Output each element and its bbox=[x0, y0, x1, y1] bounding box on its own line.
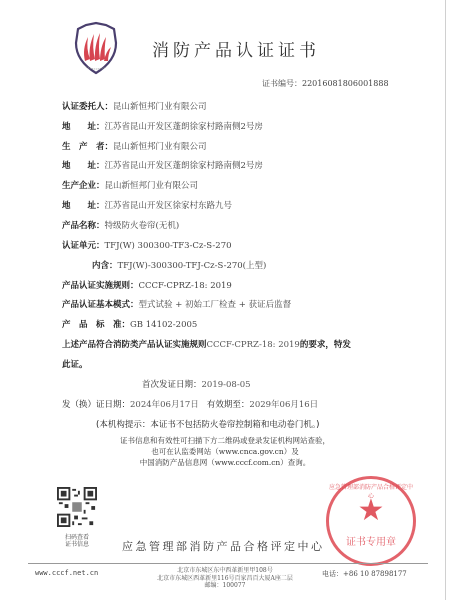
field-label: 地 址： bbox=[62, 159, 105, 171]
fire-shield-logo-icon bbox=[72, 21, 120, 75]
certificate-number: 证书编号：22016081806001888 bbox=[262, 78, 389, 89]
field-applicant: 认证委托人：昆山新恒邦门业有限公司 bbox=[62, 100, 207, 112]
first-issue-value: 2019-08-05 bbox=[202, 380, 251, 390]
field-value: 江苏省昆山开发区蓬朗徐家村路南侧2号房 bbox=[105, 122, 263, 132]
cert-no-value: 22016081806001888 bbox=[302, 79, 389, 88]
statement-rule: CCCF-CPRZ-18: 2019 bbox=[207, 340, 300, 350]
first-issue-label: 首次发证日期： bbox=[142, 380, 202, 390]
field-label: 产品认证实施规则： bbox=[62, 279, 139, 291]
footer-address-line-2: 北京市东城区西革新里116号百家昌百大厦A座二层 bbox=[130, 575, 320, 583]
field-value: 昆山新恒邦门业有限公司 bbox=[113, 142, 207, 152]
conformity-statement: 上述产品符合消防类产品认证实施规则CCCF-CPRZ-18: 2019的要求，特… bbox=[62, 338, 351, 350]
statement-suffix: 的要求，特发 bbox=[300, 340, 351, 350]
page-edge bbox=[445, 0, 446, 600]
field-cert-unit: 认证单元：TFJ(W) 300300-TF3-Cz-S-270 bbox=[62, 239, 232, 251]
field-cert-mode: 产品认证基本模式：型式试验 + 初始工厂检查 + 获证后监督 bbox=[62, 298, 291, 310]
qr-code[interactable] bbox=[55, 485, 99, 529]
first-issue-date: 首次发证日期：2019-08-05 bbox=[142, 378, 251, 390]
certificate-title: 消防产品认证证书 bbox=[152, 36, 320, 61]
field-value: 江苏省昆山开发区蓬朗徐家村路南侧2号房 bbox=[105, 161, 263, 171]
footer-postcode: 邮编：100077 bbox=[130, 582, 320, 590]
field-manufacturer-address: 地 址：江苏省昆山开发区蓬朗徐家村路南侧2号房 bbox=[62, 159, 263, 171]
field-value: 昆山新恒邦门业有限公司 bbox=[105, 181, 199, 191]
footer-website[interactable]: www.cccf.net.cn bbox=[35, 569, 98, 577]
field-value: 特级防火卷帘(无机) bbox=[105, 221, 180, 231]
qr-caption-line-2: 证书信息 bbox=[56, 541, 98, 548]
field-label: 产品认证基本模式： bbox=[62, 298, 139, 310]
field-product-name: 产品名称：特级防火卷帘(无机) bbox=[62, 219, 179, 231]
field-value: GB 14102-2005 bbox=[130, 320, 197, 330]
field-label: 产品名称： bbox=[62, 219, 105, 231]
field-factory-address: 地 址：江苏省昆山开发区徐家村东路九号 bbox=[62, 199, 232, 211]
qr-caption-line-1: 扫码查看 bbox=[56, 534, 98, 541]
official-seal: 应急管理部消防产品合格评定中心 ★ 证书专用章 bbox=[326, 476, 416, 566]
field-value: 昆山新恒邦门业有限公司 bbox=[113, 102, 207, 112]
issue-validity-dates: 发（换）证日期：2024年06月17日 有效期至：2029年06月16日 bbox=[62, 398, 318, 410]
field-label: 内含： bbox=[92, 259, 118, 271]
field-label: 生 产 者： bbox=[62, 140, 113, 152]
verify-line-2: 也可在认监委网站（www.cnca.gov.cn）及 bbox=[0, 447, 450, 457]
field-label: 产 品 标 准： bbox=[62, 318, 130, 330]
field-value: TFJ(W) 300300-TF3-Cz-S-270 bbox=[105, 241, 232, 251]
issue-date-label: 发（换）证日期： bbox=[62, 400, 130, 410]
field-manufacturer: 生 产 者：昆山新恒邦门业有限公司 bbox=[62, 140, 207, 152]
field-applicant-address: 地 址：江苏省昆山开发区蓬朗徐家村路南侧2号房 bbox=[62, 120, 263, 132]
issue-date-value: 2024年06月17日 bbox=[130, 400, 199, 410]
seal-center-text: 证书专用章 bbox=[329, 533, 413, 548]
field-product-standard: 产 品 标 准：GB 14102-2005 bbox=[62, 318, 197, 330]
footer-divider bbox=[28, 563, 428, 564]
footer-telephone: 电话：+86 10 87898177 bbox=[322, 569, 407, 579]
field-label: 认证委托人： bbox=[62, 100, 113, 112]
field-label: 认证单元： bbox=[62, 239, 105, 251]
cert-no-label: 证书编号： bbox=[262, 79, 302, 88]
field-label: 地 址： bbox=[62, 199, 105, 211]
field-value: CCCF-CPRZ-18: 2019 bbox=[139, 281, 232, 291]
institution-note: (本机构提示：本证书不包括防火卷帘控制箱和电动卷门机。) bbox=[96, 418, 319, 430]
field-implementation-rule: 产品认证实施规则：CCCF-CPRZ-18: 2019 bbox=[62, 279, 232, 291]
qr-caption: 扫码查看 证书信息 bbox=[56, 534, 98, 548]
valid-until-value: 2029年06月16日 bbox=[249, 400, 318, 410]
statement-prefix: 上述产品符合消防类产品认证实施规则 bbox=[62, 340, 207, 350]
valid-until-label: 有效期至： bbox=[207, 400, 250, 410]
field-value: TFJ(W)-300300-TFJ-Cz-S-270(上型) bbox=[118, 261, 267, 271]
conformity-statement-end: 此证。 bbox=[62, 358, 88, 370]
field-label: 地 址： bbox=[62, 120, 105, 132]
footer-address-line-1: 北京市东城区东中西革新里甲108号 bbox=[130, 567, 320, 575]
verify-line-3: 中国消防产品信息网（www.cccf.com.cn）查询。 bbox=[0, 458, 450, 468]
field-factory: 生产企业：昆山新恒邦门业有限公司 bbox=[62, 179, 198, 191]
footer-address: 北京市东城区东中西革新里甲108号 北京市东城区西革新里116号百家昌百大厦A座… bbox=[130, 567, 320, 590]
field-includes: 内含：TFJ(W)-300300-TFJ-Cz-S-270(上型) bbox=[92, 259, 266, 271]
star-icon: ★ bbox=[329, 493, 413, 528]
field-value: 型式试验 + 初始工厂检查 + 获证后监督 bbox=[139, 300, 292, 310]
issuing-authority: 应急管理部消防产品合格评定中心 bbox=[122, 538, 325, 554]
field-label: 生产企业： bbox=[62, 179, 105, 191]
field-value: 江苏省昆山开发区徐家村东路九号 bbox=[105, 201, 233, 211]
verify-line-1: 证书信息和有效性可扫描下方二维码或登录发证机构网站查验， bbox=[0, 436, 450, 446]
